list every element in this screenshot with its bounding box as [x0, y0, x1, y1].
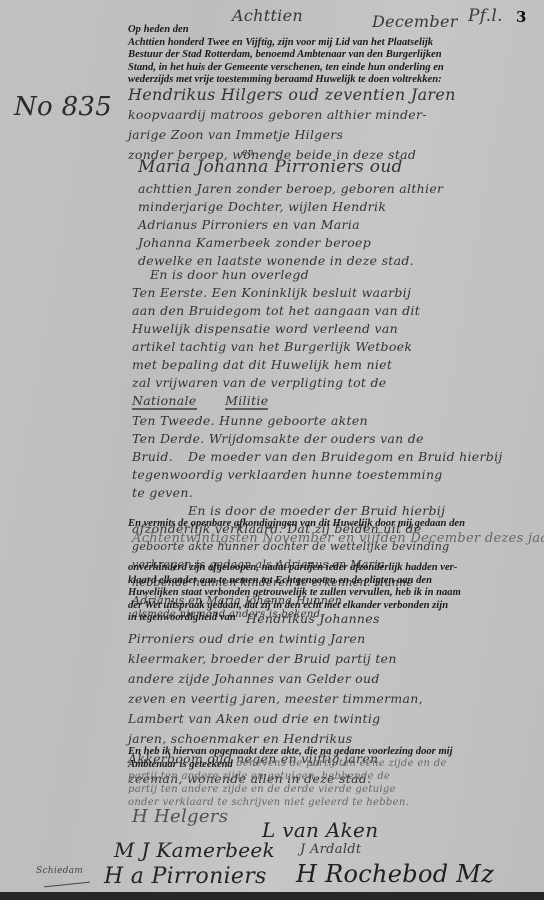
- handwritten-line: En is door hun overlegd: [150, 266, 309, 285]
- handwritten-closing-line: benevens de partij ten eene zijde en de: [236, 758, 447, 769]
- printed-line: Achttien honderd Twee en Vijftig, zijn v…: [128, 37, 528, 50]
- handwritten-line: Adrianus Pirroniers en van Maria: [138, 216, 360, 235]
- handwritten-line: Ten Derde. Wrijdomsakte der ouders van d…: [132, 430, 424, 449]
- printed-line: Bestuur der Stad Rotterdam, benoemd Ambt…: [128, 49, 528, 62]
- handwritten-line: Ten Tweede. Hunne geboorte akten: [132, 412, 368, 431]
- handwritten-date-day: Achttien: [232, 6, 303, 25]
- handwritten-line: Lambert van Aken oud drie en twintig: [128, 710, 380, 729]
- signature-witness-1: L van Aken: [262, 818, 378, 842]
- handwritten-line: zeven en veertig jaren, meester timmerma…: [128, 690, 423, 709]
- margin-note: Schiedam: [36, 866, 83, 876]
- signature-bride: M J Kamerbeek: [114, 838, 275, 862]
- handwritten-line: kleermaker, broeder der Bruid partij ten: [128, 650, 397, 669]
- handwritten-line: Nationale Militie: [132, 392, 268, 411]
- handwritten-line: met bepaling dat dit Huwelijk hem niet: [132, 356, 392, 375]
- handwritten-line: Pirroniers oud drie en twintig Jaren: [128, 630, 365, 649]
- handwritten-line: Ten Eerste. Een Koninklijk besluit waarb…: [132, 284, 411, 303]
- handwritten-line: koopvaardij matroos geboren althier mind…: [128, 106, 427, 125]
- document-page: Pf.l. 3 Achttien December Op heden den A…: [0, 0, 544, 892]
- printed-line: onverhinderd zijn afgeloopen, nadat part…: [128, 562, 528, 575]
- underlined-word: Nationale: [132, 393, 197, 410]
- margin-note-underline: [44, 882, 90, 888]
- handwritten-line: Johanna Kamerbeek zonder beroep: [138, 234, 371, 253]
- handwritten-line: tegenwoordig verklaarden hunne toestemmi…: [132, 466, 443, 485]
- handwritten-line: artikel tachtig van het Burgerlijk Wetbo…: [132, 338, 412, 357]
- handwritten-closing-line: partij ten andere zijde en de derde vier…: [128, 784, 396, 795]
- printed-line: En heb ik hiervan opgemaakt deze akte, d…: [128, 746, 528, 759]
- handwritten-line: te geven.: [132, 484, 193, 503]
- handwritten-line: zal vrijwaren van de verpligting tot de: [132, 374, 387, 393]
- printed-line: klaard elkander aan te nemen tot Echtgen…: [128, 575, 528, 588]
- handwritten-line: Maria Johanna Pirroniers oud: [138, 158, 403, 177]
- folio-number: Pf.l.: [468, 6, 503, 26]
- handwritten-line: Hendrikus Hilgers oud zeventien Jaren: [128, 86, 456, 105]
- scan-bottom-edge: [0, 892, 544, 900]
- handwritten-line: Huwelijk dispensatie word verleend van: [132, 320, 398, 339]
- handwritten-line: Bruid.: [132, 448, 173, 467]
- handwritten-line: andere zijde Johannes van Gelder oud: [128, 670, 380, 689]
- handwritten-line: achttien Jaren zonder beroep, geboren al…: [138, 180, 443, 199]
- underlined-word: Militie: [225, 393, 268, 410]
- handwritten-line: jarige Zoon van Immetje Hilgers: [128, 126, 343, 145]
- handwritten-line: Hendrikus Johannes: [246, 610, 380, 629]
- handwritten-announcement-dates: Achtentwintigsten November en vijfden De…: [132, 530, 544, 549]
- printed-line: Op heden den: [128, 24, 528, 37]
- record-number: No 835: [14, 92, 112, 122]
- printed-intro: Op heden den Achttien honderd Twee en Vi…: [128, 24, 528, 87]
- handwritten-closing-line: partij ten andere zijde en getuigen, heb…: [128, 771, 390, 782]
- signature-witness-3: J Ardaldt: [300, 842, 361, 857]
- signature-official: H Rochebod Mz: [296, 860, 494, 888]
- printed-line: Stand, in het huis der Gemeente verschen…: [128, 62, 528, 75]
- signature-witness-2: H a Pirroniers: [104, 864, 267, 889]
- signature-groom: H Helgers: [132, 806, 228, 827]
- printed-announcement: En vermits de openbare afkondigingen van…: [128, 518, 528, 531]
- handwritten-line: De moeder van den Bruidegom en Bruid hie…: [188, 448, 503, 467]
- printed-line: En vermits de openbare afkondigingen van…: [128, 518, 528, 531]
- handwritten-line: minderjarige Dochter, wijlen Hendrik: [138, 198, 386, 217]
- handwritten-line: aan den Bruidegom tot het aangaan van di…: [132, 302, 420, 321]
- printed-line: Huwelijken staat verbonden getrouwelijk …: [128, 587, 528, 600]
